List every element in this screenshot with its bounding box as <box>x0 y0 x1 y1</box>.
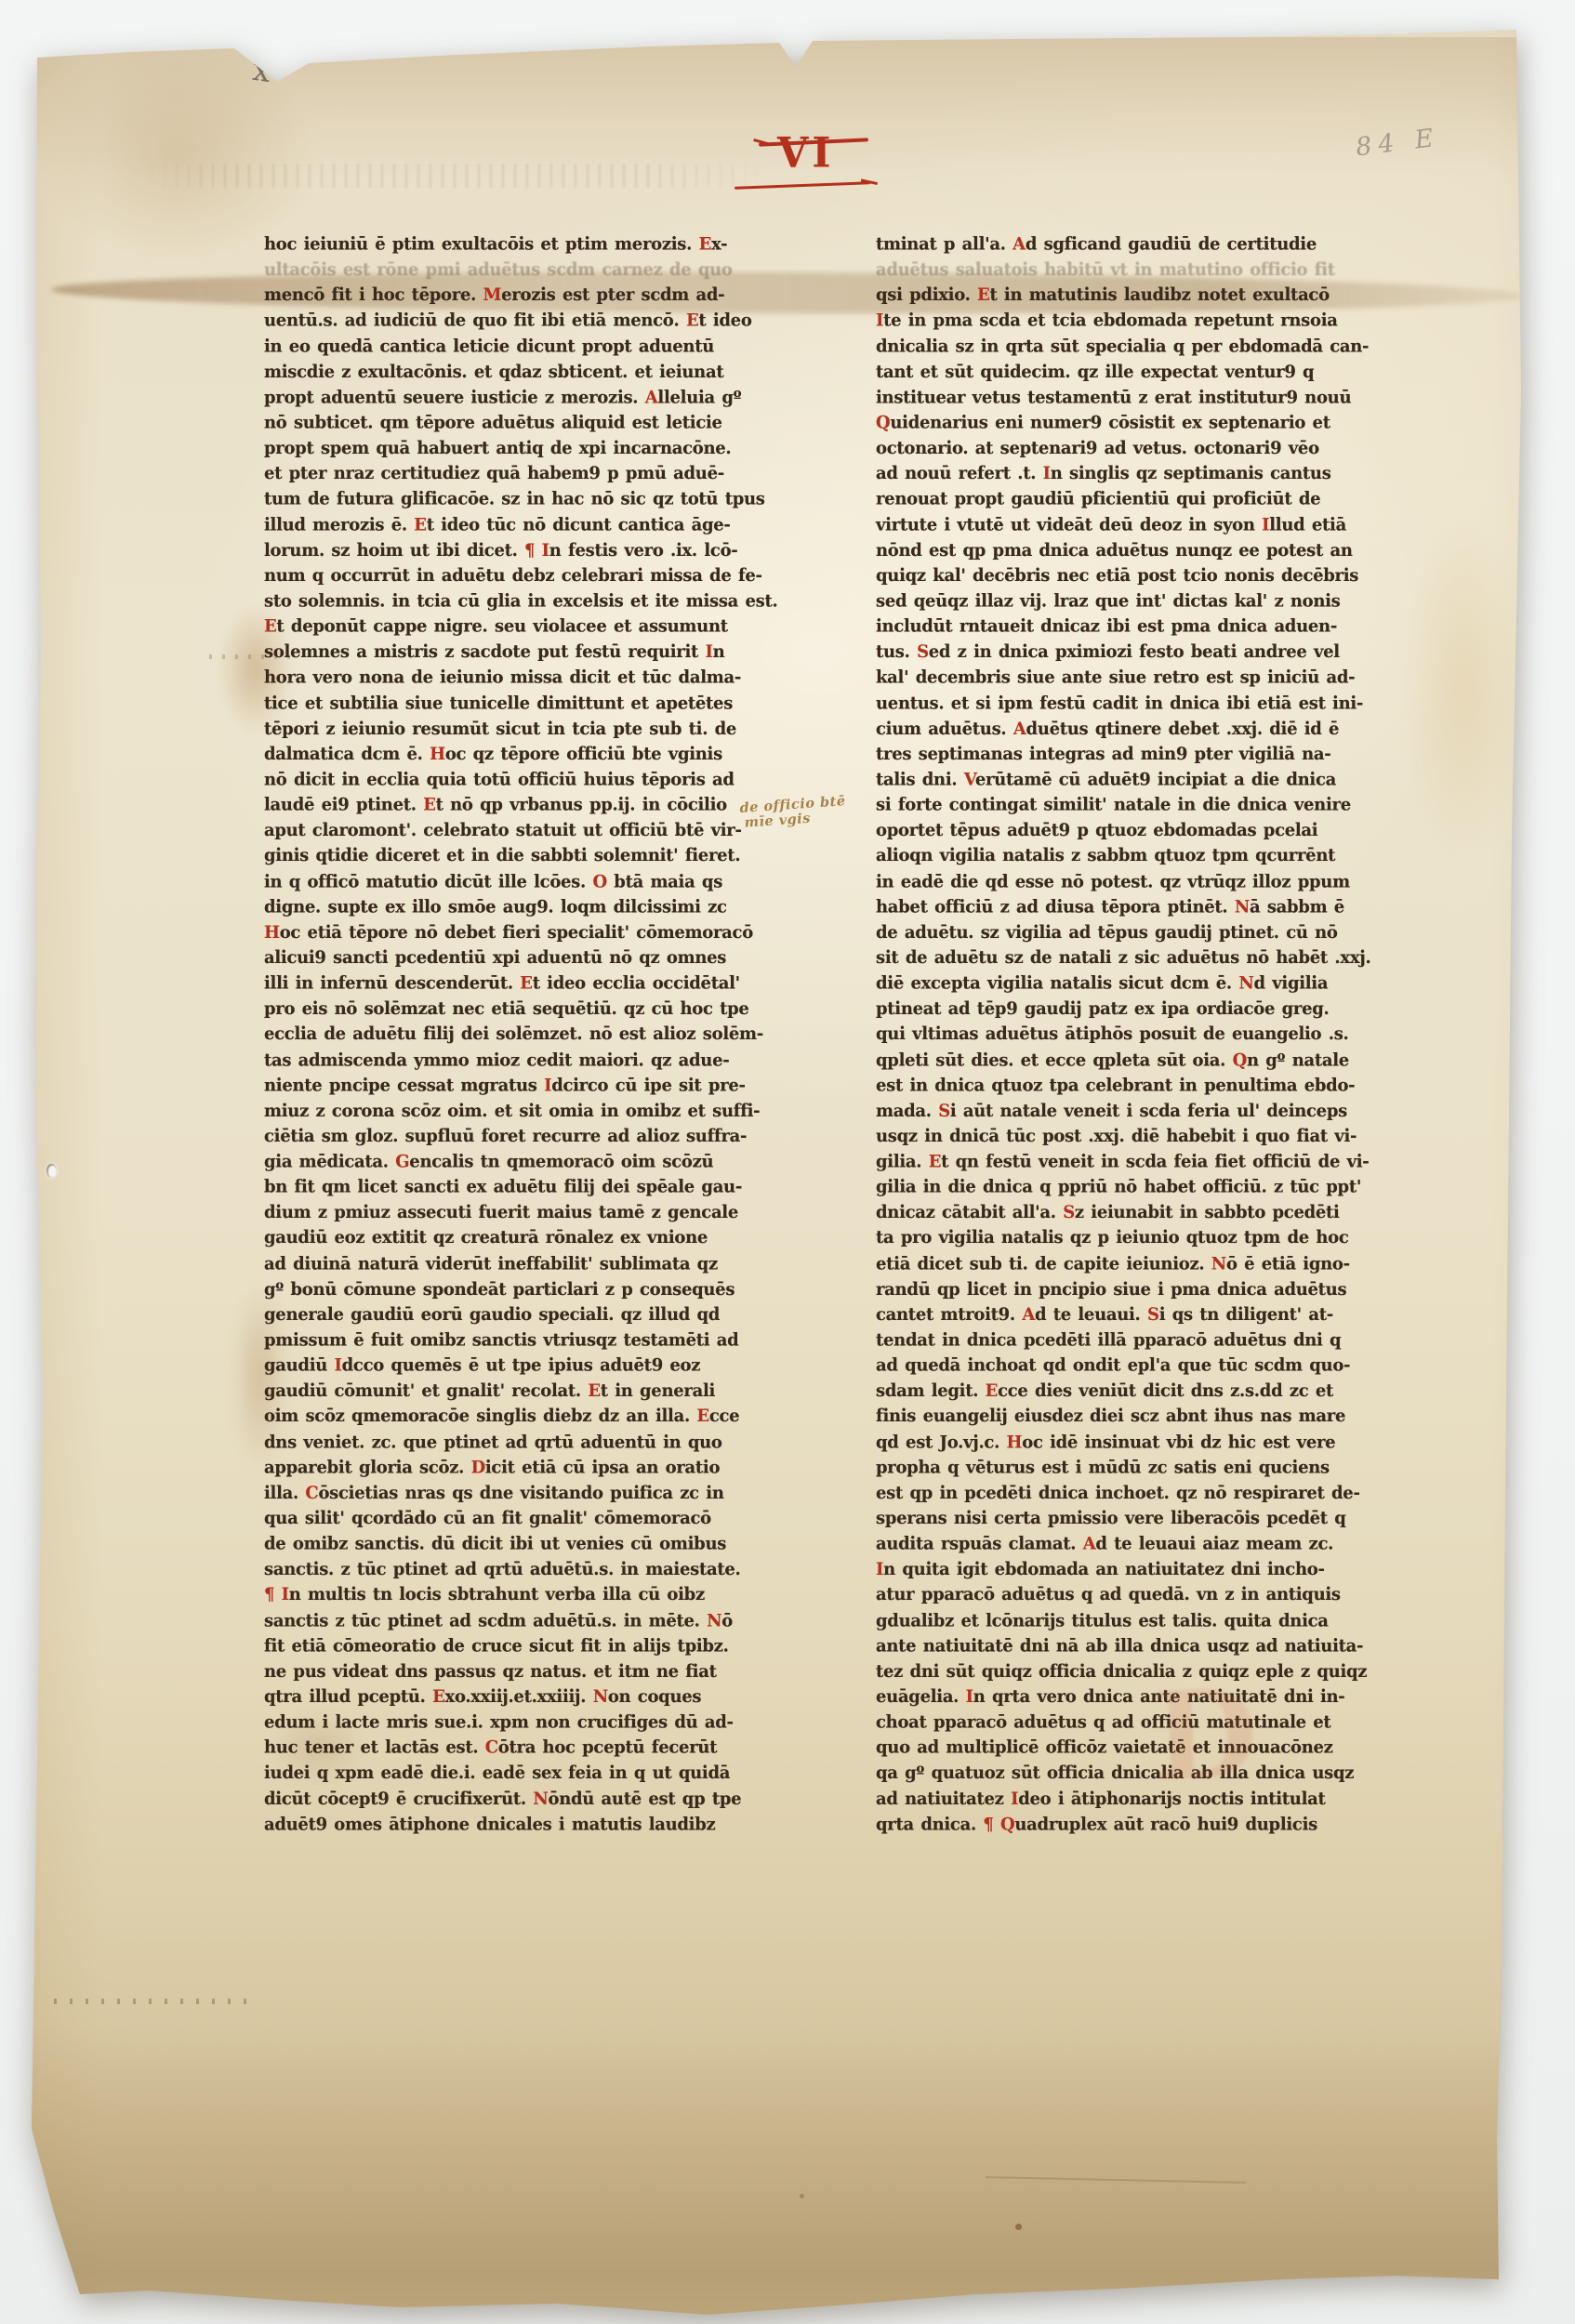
text-segment: d sgficand gaudiū de certitudie <box>1026 234 1317 254</box>
text-line: sanctis z tūc ptinet ad scdm aduētū.s. i… <box>264 1608 808 1633</box>
text-line: si forte contingat similit' natale in di… <box>876 793 1420 818</box>
text-segment: oim scōz qmemoracōe singlis diebz dz an … <box>264 1406 696 1426</box>
text-line: ad quedā inchoat qd ondit epl'a que tūc … <box>876 1353 1420 1379</box>
rubricated-initial: E <box>414 515 426 535</box>
text-line: qsi pdixio. Et in matutinis laudibz note… <box>876 283 1420 308</box>
text-segment: bn fit qm licet sancti ex aduētu filij d… <box>264 1178 742 1197</box>
text-segment: nō subticet. qm tēpore aduētus aliquid e… <box>264 413 722 432</box>
text-segment: ō <box>721 1611 733 1631</box>
text-line: tminat p all'a. Ad sgficand gaudiū de ce… <box>876 231 1420 257</box>
text-segment: t ideo tūc nō dicunt cantica āge- <box>427 515 731 535</box>
text-line: de aduētu. sz vigilia ad tēpus gaudij pt… <box>876 920 1420 945</box>
text-segment: quiqz kal' decēbris nec etiā post tcio n… <box>876 566 1358 586</box>
text-line: atur pparacō aduētus q ad quedā. vn z in… <box>876 1582 1420 1607</box>
text-line: mencō fit i hoc tēpore. Merozis est pter… <box>264 283 808 308</box>
text-segment: dcco quemēs ē ut tpe ipius aduēt9 eoz <box>342 1356 701 1376</box>
text-segment: ōndū autē est qp tpe <box>549 1789 742 1809</box>
text-segment: miuz z corona scōz oim. et sit omia in o… <box>264 1101 760 1120</box>
text-line: ante natiuitatē dni nā ab illa dnica usq… <box>876 1633 1420 1658</box>
text-segment: gaudiū eoz extitit qz creaturā rōnalez e… <box>264 1229 708 1248</box>
text-segment: ecclia de aduētu filij dei solēmzet. nō … <box>264 1024 763 1044</box>
text-line: cium aduētus. Aduētus qtinere debet .xxj… <box>876 716 1420 741</box>
rubricated-initial: Q <box>1233 1050 1247 1070</box>
text-line: dnicaz cātabit all'a. Sz ieiunabit in sa… <box>876 1200 1420 1225</box>
text-segment: n singlis qz septimanis cantus <box>1051 464 1331 483</box>
text-segment: ultacōis est rōne pmi aduētus scdm carne… <box>264 260 733 280</box>
text-line: instituear vetus testamentū z erat insti… <box>876 385 1420 410</box>
text-segment: est in dnica qtuoz tpa celebrant in penu… <box>876 1076 1355 1095</box>
rubricated-initial: I <box>1043 464 1051 483</box>
rubricated-initial: I <box>1011 1789 1018 1809</box>
pricking-holes-row <box>54 1999 249 2004</box>
text-line: solemnes a mistris z sacdote put festū r… <box>264 640 808 665</box>
text-segment: n quita igit ebdomada an natiuitatez dni… <box>883 1560 1325 1579</box>
rubricated-initial: C <box>305 1484 318 1503</box>
text-line: gilia in die dnica q ppriū nō habet offi… <box>876 1175 1420 1200</box>
text-segment: qpleti sūt dies. et ecce qpleta sūt oia. <box>876 1050 1233 1070</box>
text-segment: propt aduentū seuere iusticie z merozis. <box>264 388 645 407</box>
pencil-x-mark: x <box>250 51 273 90</box>
text-segment: alicui9 sancti pcedentiū xpi aduentū nō … <box>264 948 726 968</box>
text-line: qtra illud pceptū. Exo.xxiij.et.xxiiij. … <box>264 1684 808 1710</box>
text-line: dnicalia sz in qrta sūt specialia q per … <box>876 334 1420 359</box>
text-segment: aput claromont'. celebrato statuit ut of… <box>264 821 742 840</box>
rubricated-initial: I <box>544 1076 551 1095</box>
text-segment: pmissum ē fuit omibz sanctis vtriusqz te… <box>264 1330 738 1350</box>
text-segment: sed qeūqz illaz vij. lraz que int' dicta… <box>876 591 1340 611</box>
text-segment: ad diuinā naturā viderūt ineffabilit' su… <box>264 1254 718 1274</box>
text-line: ¶ In multis tn locis sbtrahunt verba ill… <box>264 1582 808 1607</box>
text-segment: on coques <box>608 1687 701 1707</box>
text-line: apparebit gloria scōz. Dicit etiā cū ips… <box>264 1455 808 1480</box>
text-line: nō subticet. qm tēpore aduētus aliquid e… <box>264 410 808 435</box>
text-segment: ad quedā inchoat qd ondit epl'a que tūc … <box>876 1356 1350 1376</box>
text-line: tēpori z ieiunio resumūt sicut in tcia p… <box>264 716 808 741</box>
rubricated-initial: ¶ Q <box>983 1815 1014 1834</box>
text-segment: d te leuaui aiaz meam zc. <box>1095 1534 1333 1553</box>
text-segment: i qs tn diligent' at- <box>1159 1305 1333 1325</box>
text-line: gaudiū Idcco quemēs ē ut tpe ipius aduēt… <box>264 1353 808 1379</box>
text-segment: lorum. sz hoim ut ibi dicet. <box>264 540 524 560</box>
text-segment: uentus. et si ipm festū cadit in dnica i… <box>876 693 1363 713</box>
text-segment: qtra illud pceptū. <box>264 1687 432 1707</box>
rubricated-initial: A <box>1012 234 1026 254</box>
text-segment: ante natiuitatē dni nā ab illa dnica usq… <box>876 1636 1363 1656</box>
text-line: tus. Sed z in dnica pximiozi festo beati… <box>876 640 1420 665</box>
text-segment: btā maia qs <box>607 872 722 891</box>
text-segment: aduēt9 omes ātiphone dnicales i matutis … <box>264 1815 715 1834</box>
text-segment: hoc ieiuniū ē ptim exultacōis et ptim me… <box>264 234 699 254</box>
text-segment: ta pro vigilia natalis qz p ieiunio qtuo… <box>876 1229 1349 1248</box>
text-line: propt spem quā habuert antiq de xpi inca… <box>264 436 808 461</box>
text-segment: sperans nisi certa pmissio vere liberacō… <box>876 1509 1346 1528</box>
text-segment: illa. <box>264 1484 305 1503</box>
rubricated-initial: Q <box>876 413 890 432</box>
text-line: aput claromont'. celebrato statuit ut of… <box>264 818 808 843</box>
rubricated-initial: C <box>485 1738 498 1758</box>
text-line: qa gº quatuoz sūt officia dnicalia ab il… <box>876 1761 1420 1786</box>
text-segment: qua silit' qcordādo cū an fit gnalit' cō… <box>264 1509 711 1528</box>
text-segment: hora vero nona de ieiunio missa dicit et… <box>264 667 741 687</box>
text-line: alicui9 sancti pcedentiū xpi aduentū nō … <box>264 945 808 971</box>
text-segment: n multis tn locis sbtrahunt verba illa c… <box>289 1585 705 1604</box>
scan-background: x VI 84 E hoc ieiuniū ē ptim exultacōis … <box>0 0 1575 2324</box>
text-segment: talis dni. <box>876 770 964 789</box>
text-segment: illud merozis ē. <box>264 515 414 535</box>
text-line: gilia. Et qn festū veneit in scda feia f… <box>876 1149 1420 1174</box>
text-line: niente pncipe cessat mgratus Idcirco cū … <box>264 1073 808 1098</box>
rubricated-initial: S <box>1063 1203 1075 1222</box>
rubricated-initial: E <box>423 796 435 815</box>
text-line: nōnd est qp pma dnica aduētus nunqz ee p… <box>876 537 1420 562</box>
text-segment: etiā dicet sub ti. de capite ieiunioz. <box>876 1254 1211 1274</box>
text-segment: cce <box>709 1406 739 1426</box>
rubricated-initial: A <box>1022 1305 1035 1325</box>
text-segment: finis euangelij eiusdez diei scz abnt ih… <box>876 1406 1345 1426</box>
text-segment: xo.xxiij.et.xxiiij. <box>445 1687 593 1707</box>
rubricated-initial: M <box>483 285 502 305</box>
text-segment: d vigilia <box>1254 973 1329 993</box>
text-line: tres septimanas integras ad min9 pter vi… <box>876 742 1420 767</box>
text-segment: generale gaudiū eorū gaudio speciali. qz… <box>264 1305 720 1325</box>
text-segment: t in generali <box>601 1381 715 1401</box>
text-segment: tant et sūt quidecim. qz ille expectat v… <box>876 363 1314 382</box>
text-line: miscdie z exultacōnis. et qdaz sbticent.… <box>264 360 808 385</box>
text-segment: t deponūt cappe nigre. seu violacee et a… <box>276 617 727 637</box>
rubricated-initial: E <box>686 311 698 331</box>
text-segment: miscdie z exultacōnis. et qdaz sbticent.… <box>264 363 723 382</box>
text-line: oportet tēpus aduēt9 p qtuoz ebdomadas p… <box>876 818 1420 843</box>
text-line: sed qeūqz illaz vij. lraz que int' dicta… <box>876 588 1420 614</box>
text-line: gaudiū eoz extitit qz creaturā rōnalez e… <box>264 1226 808 1251</box>
text-segment: oc etiā tēpore nō debet fieri specialit'… <box>280 923 753 943</box>
text-line: habet officiū z ad diusa tēpora ptinēt. … <box>876 894 1420 919</box>
text-segment: uadruplex aūt racō hui9 duplicis <box>1014 1815 1317 1834</box>
text-segment: n gº natale <box>1247 1050 1349 1070</box>
text-line: ecclia de aduētu filij dei solēmzet. nō … <box>264 1022 808 1047</box>
text-segment: apparebit gloria scōz. <box>264 1458 471 1477</box>
rubricated-initial: E <box>520 973 532 993</box>
manuscript-leaf: x VI 84 E hoc ieiuniū ē ptim exultacōis … <box>0 0 1575 2324</box>
text-segment: gilia. <box>876 1152 929 1171</box>
rubricated-initial: N <box>1211 1254 1226 1274</box>
text-line: aduēt9 omes ātiphone dnicales i matutis … <box>264 1812 808 1837</box>
text-segment: atur pparacō aduētus q ad quedā. vn z in… <box>876 1585 1341 1604</box>
text-line: laudē ei9 ptinet. Et nō qp vrbanus pp.ij… <box>264 793 808 818</box>
rubricated-initial: E <box>986 1381 998 1401</box>
text-line: tum de futura glificacōe. sz in hac nō s… <box>264 487 808 512</box>
text-line: miuz z corona scōz oim. et sit omia in o… <box>264 1098 808 1123</box>
text-column-right: tminat p all'a. Ad sgficand gaudiū de ce… <box>876 231 1420 1837</box>
text-segment: erozis est pter scdm ad- <box>501 285 724 305</box>
text-segment: tēpori z ieiunio resumūt sicut in tcia p… <box>264 719 736 738</box>
text-line: octonario. at septenari9 ad vetus. octon… <box>876 436 1420 461</box>
text-line: ptineat ad tēp9 gaudij patz ex ipa ordia… <box>876 997 1420 1022</box>
text-line: ciētia sm gloz. supfluū foret recurre ad… <box>264 1124 808 1149</box>
text-segment: gº bonū cōmune spondeāt particlari z p c… <box>264 1279 735 1299</box>
text-line: ta pro vigilia natalis qz p ieiunio qtuo… <box>876 1226 1420 1251</box>
text-line: cantet mtroit9. Ad te leuaui. Si qs tn d… <box>876 1302 1420 1327</box>
text-segment: dcirco cū ipe sit pre- <box>551 1076 746 1095</box>
rubricated-initial: N <box>1235 897 1250 917</box>
text-line: qpleti sūt dies. et ecce qpleta sūt oia.… <box>876 1048 1420 1073</box>
text-line: edum i lacte mris sue.i. xpm non crucifi… <box>264 1710 808 1735</box>
text-segment: laudē ei9 ptinet. <box>264 796 423 815</box>
text-segment: sanctis. z tūc ptinet ad qrtū aduētū.s. … <box>264 1560 740 1579</box>
rubricated-initial: ¶ I <box>264 1585 289 1604</box>
text-segment: lleluia gº <box>657 388 741 407</box>
text-segment: t nō qp vrbanus pp.ij. in cōcilio <box>436 796 727 815</box>
text-segment: dalmatica dcm ē. <box>264 745 430 764</box>
text-segment: tus. <box>876 642 917 662</box>
text-line: et pter nraz certitudiez quā habem9 p pm… <box>264 461 808 486</box>
text-segment: renouat propt gaudiū pficientiū qui prof… <box>876 490 1320 509</box>
text-segment: dnicaz cātabit all'a. <box>876 1203 1063 1222</box>
text-segment: n <box>713 642 725 662</box>
text-segment: ad nouū refert .t. <box>876 464 1043 483</box>
text-segment: euāgelia. <box>876 1687 966 1707</box>
rubricated-initial: I <box>705 642 712 662</box>
text-line: choat pparacō aduētus q ad officiū matut… <box>876 1710 1420 1735</box>
text-segment: usqz in dnicā tūc post .xxj. diē habebit… <box>876 1127 1357 1146</box>
text-segment: fit etiā cōmeoratio de cruce sicut fit i… <box>264 1636 729 1656</box>
text-segment: ad natiuitatez <box>876 1789 1011 1809</box>
text-line: aduētus saluatois habitū vt in matutino … <box>876 257 1420 283</box>
text-segment: et pter nraz certitudiez quā habem9 p pm… <box>264 464 724 483</box>
rubricated-initial: D <box>471 1458 485 1477</box>
text-segment: includūt rntaueit dnicaz ibi est pma dni… <box>876 617 1337 637</box>
rubric-flourish-bottom <box>735 181 870 190</box>
text-segment: llud etiā <box>1269 515 1346 535</box>
text-segment: ne pus videat dns passus qz natus. et it… <box>264 1662 717 1682</box>
text-segment: qui vltimas aduētus ātiphōs posuit de eu… <box>876 1024 1349 1044</box>
text-line: tendat in dnica pcedēti illā pparacō adu… <box>876 1327 1420 1353</box>
text-segment: in eo quedā cantica leticie dicunt propt… <box>264 337 714 356</box>
text-line: in q officō matutio dicūt ille lcōes. O … <box>264 869 808 894</box>
text-segment: uentū.s. ad iudiciū de quo fit ibi etiā … <box>264 311 686 331</box>
text-segment: num q occurrūt in aduētu debz celebrari … <box>264 566 762 586</box>
rubricated-initial: E <box>696 1406 708 1426</box>
text-segment: virtute i vtutē ut videāt deū deoz in sy… <box>876 515 1262 535</box>
text-segment: ed z in dnica pximiozi festo beati andre… <box>929 642 1340 662</box>
text-segment: t ideo <box>698 311 751 331</box>
text-line: audita rspuās clamat. Ad te leuaui aiaz … <box>876 1531 1420 1556</box>
text-line: sit de aduētu sz de natali z sic aduētus… <box>876 945 1420 971</box>
text-segment: mencō fit i hoc tēpore. <box>264 285 483 305</box>
text-segment: t in matutinis laudibz notet exultacō <box>989 285 1329 305</box>
text-segment: in q officō matutio dicūt ille lcōes. <box>264 872 592 891</box>
text-segment: propt spem quā habuert antiq de xpi inca… <box>264 439 731 458</box>
text-segment: ciētia sm gloz. supfluū foret recurre ad… <box>264 1127 747 1146</box>
text-segment: gia mēdicata. <box>264 1152 395 1171</box>
text-line: tice et subtilia siue tunicelle dimittun… <box>264 691 808 716</box>
rubricated-initial: E <box>588 1381 600 1401</box>
rubricated-initial: ¶ I <box>524 540 549 560</box>
text-segment: ginis qtidie diceret et in die sabbti so… <box>264 846 740 865</box>
text-line: Et deponūt cappe nigre. seu violacee et … <box>264 614 808 640</box>
text-line: quiqz kal' decēbris nec etiā post tcio n… <box>876 563 1420 588</box>
text-line: sto solemnis. in tcia cū glia in excelsi… <box>264 588 808 614</box>
text-segment: dnicalia sz in qrta sūt specialia q per … <box>876 337 1369 356</box>
text-line: in eo quedā cantica leticie dicunt propt… <box>264 334 808 359</box>
rubricated-initial: V <box>964 770 975 789</box>
text-segment: z ieiunabit in sabbto pcedēti <box>1075 1203 1340 1222</box>
text-line: de omibz sanctis. dū dicit ibi ut venies… <box>264 1531 808 1556</box>
text-line: tez dni sūt quiqz officia dnicalia z qui… <box>876 1659 1420 1684</box>
rubricated-initial: N <box>707 1611 721 1631</box>
text-segment: octonario. at septenari9 ad vetus. octon… <box>876 439 1319 458</box>
text-segment: edum i lacte mris sue.i. xpm non crucifi… <box>264 1712 734 1732</box>
text-line: euāgelia. In qrta vero dnica ante natiui… <box>876 1684 1420 1710</box>
text-segment: dicūt cōcept9 ē crucifixerūt. <box>264 1789 533 1809</box>
text-segment: gilia in die dnica q ppriū nō habet offi… <box>876 1178 1361 1197</box>
text-line: uentū.s. ad iudiciū de quo fit ibi etiā … <box>264 309 808 334</box>
text-segment: erūtamē cū aduēt9 incipiat a die dnica <box>975 770 1336 789</box>
text-segment: nōnd est qp pma dnica aduētus nunqz ee p… <box>876 540 1353 560</box>
text-line: alioqn vigilia natalis z sabbm qtuoz tpm… <box>876 843 1420 868</box>
text-segment: ōscietias nras qs dne visitando puifica … <box>318 1484 723 1503</box>
text-segment: tminat p all'a. <box>876 234 1012 254</box>
text-segment: sit de aduētu sz de natali z sic aduētus… <box>876 948 1370 968</box>
text-column-left: hoc ieiuniū ē ptim exultacōis et ptim me… <box>264 231 808 1837</box>
text-segment: ōtra hoc pceptū fecerūt <box>498 1738 717 1758</box>
text-segment: diē excepta vigilia natalis sicut dcm ē. <box>876 973 1238 993</box>
text-segment: gaudiū cōmunit' et gnalit' recolat. <box>264 1381 588 1401</box>
text-line: sanctis. z tūc ptinet ad qrtū aduētū.s. … <box>264 1557 808 1582</box>
text-segment: tice et subtilia siue tunicelle dimittun… <box>264 693 733 713</box>
text-line: talis dni. Verūtamē cū aduēt9 incipiat a… <box>876 767 1420 792</box>
text-segment: qrta dnica. <box>876 1815 983 1834</box>
text-segment: choat pparacō aduētus q ad officiū matut… <box>876 1712 1330 1732</box>
rubricated-initial: S <box>1147 1305 1159 1325</box>
show-through-initial: D <box>1150 1662 1260 1808</box>
text-line: In quita igit ebdomada an natiuitatez dn… <box>876 1557 1420 1582</box>
folio-number: VI <box>777 129 834 178</box>
rubricated-initial: G <box>395 1152 409 1171</box>
leaf-shadow-wrapper: x VI 84 E hoc ieiuniū ē ptim exultacōis … <box>0 0 1575 2324</box>
text-segment: duētus qtinere debet .xxj. diē id ē <box>1026 719 1340 738</box>
text-segment: alioqn vigilia natalis z sabbm qtuoz tpm… <box>876 846 1335 865</box>
text-line: ad nouū refert .t. In singlis qz septima… <box>876 461 1420 486</box>
text-segment: n festis vero .ix. lcō- <box>549 540 738 560</box>
text-segment: ā sabbm ē <box>1250 897 1344 917</box>
text-line: iudei q xpm eadē die.i. eadē sex feia in… <box>264 1761 808 1786</box>
rubricated-initial: I <box>876 311 883 331</box>
rubricated-initial: I <box>876 1560 883 1579</box>
rubricated-initial: A <box>1083 1534 1096 1553</box>
text-line: Hoc etiā tēpore nō debet fieri specialit… <box>264 920 808 945</box>
text-segment: illi in infernū descenderūt. <box>264 973 520 993</box>
text-line: illa. Cōscietias nras qs dne visitando p… <box>264 1481 808 1506</box>
text-line: randū qp licet in pncipio siue i pma dni… <box>876 1276 1420 1301</box>
text-segment: est qp in pcedēti dnica inchoet. qz nō r… <box>876 1484 1360 1503</box>
text-line: virtute i vtutē ut videāt deū deoz in sy… <box>876 512 1420 537</box>
text-line: includūt rntaueit dnicaz ibi est pma dni… <box>876 614 1420 640</box>
text-segment: oportet tēpus aduēt9 p qtuoz ebdomadas p… <box>876 821 1317 840</box>
text-line: propha q vēturus est i mūdū zc satis eni… <box>876 1455 1420 1480</box>
text-segment: oc qz tēpore officiū bte vginis <box>445 745 722 764</box>
text-segment: randū qp licet in pncipio siue i pma dni… <box>876 1279 1346 1299</box>
rubricated-initial: N <box>593 1687 608 1707</box>
text-line: renouat propt gaudiū pficientiū qui prof… <box>876 487 1420 512</box>
edge-stain <box>1404 521 1525 855</box>
rubricated-initial: N <box>533 1789 548 1809</box>
text-line: dalmatica dcm ē. Hoc qz tēpore officiū b… <box>264 742 808 767</box>
text-line: gdualibz et lcōnarijs titulus est talis.… <box>876 1608 1420 1633</box>
text-line: qd est Jo.vj.c. Hoc idē insinuat vbi dz … <box>876 1430 1420 1455</box>
text-line: oim scōz qmemoracōe singlis diebz dz an … <box>264 1404 808 1429</box>
text-line: hoc ieiuniū ē ptim exultacōis et ptim me… <box>264 231 808 257</box>
text-line: sperans nisi certa pmissio vere liberacō… <box>876 1506 1420 1531</box>
text-segment: qd est Jo.vj.c. <box>876 1433 1007 1452</box>
text-segment: instituear vetus testamentū z erat insti… <box>876 388 1351 407</box>
text-segment: gaudiū <box>264 1356 335 1376</box>
text-line: bn fit qm licet sancti ex aduētu filij d… <box>264 1175 808 1200</box>
text-line: diē excepta vigilia natalis sicut dcm ē.… <box>876 971 1420 996</box>
text-line: dicūt cōcept9 ē crucifixerūt. Nōndū autē… <box>264 1787 808 1812</box>
rubricated-initial: A <box>1013 719 1026 738</box>
text-line: illud merozis ē. Et ideo tūc nō dicunt c… <box>264 512 808 537</box>
ink-speck <box>800 2194 804 2199</box>
text-line: usqz in dnicā tūc post .xxj. diē habebit… <box>876 1124 1420 1149</box>
text-line: generale gaudiū eorū gaudio speciali. qz… <box>264 1302 808 1327</box>
text-line: num q occurrūt in aduētu debz celebrari … <box>264 563 808 588</box>
ink-speck <box>1015 2224 1022 2230</box>
text-line: dium z pmiuz assecuti fuerit maius tamē … <box>264 1200 808 1225</box>
text-line: Quidenarius eni numer9 cōsistit ex septe… <box>876 410 1420 435</box>
text-segment: cium aduētus. <box>876 719 1013 738</box>
text-segment: tendat in dnica pcedēti illā pparacō adu… <box>876 1330 1341 1350</box>
rubricated-initial: E <box>264 617 276 637</box>
rubricated-initial: H <box>1007 1433 1023 1452</box>
rubricated-initial: A <box>645 388 658 407</box>
text-segment: oc idē insinuat vbi dz hic est vere <box>1022 1433 1335 1452</box>
text-segment: te in pma scda et tcia ebdomada repetunt… <box>883 311 1337 331</box>
rubricated-initial: I <box>966 1687 973 1707</box>
text-segment: solemnes a mistris z sacdote put festū r… <box>264 642 705 662</box>
text-line: ne pus videat dns passus qz natus. et it… <box>264 1659 808 1684</box>
text-line: tant et sūt quidecim. qz ille expectat v… <box>876 360 1420 385</box>
text-line: est qp in pcedēti dnica inchoet. qz nō r… <box>876 1481 1420 1506</box>
marginal-annotation: de officio btē mīe vgis <box>739 794 847 831</box>
text-line: propt aduentū seuere iusticie z merozis.… <box>264 385 808 410</box>
text-segment: ō ē etiā igno- <box>1226 1254 1350 1274</box>
text-segment: de aduētu. sz vigilia ad tēpus gaudij pt… <box>876 923 1338 943</box>
rubricated-initial: O <box>592 872 606 891</box>
text-segment: in eadē die qd esse nō potest. qz vtrūqz… <box>876 872 1350 891</box>
text-segment: qa gº quatuoz sūt officia dnicalia ab il… <box>876 1763 1354 1783</box>
text-segment: qsi pdixio. <box>876 285 977 305</box>
parchment-hole <box>46 1164 57 1178</box>
text-segment: sto solemnis. in tcia cū glia in excelsi… <box>264 591 777 611</box>
text-line: fit etiā cōmeoratio de cruce sicut fit i… <box>264 1633 808 1658</box>
text-line: est in dnica qtuoz tpa celebrant in penu… <box>876 1073 1420 1098</box>
bottom-edge-toning <box>28 2027 1506 2324</box>
text-segment: i aūt natale veneit i scda feria ul' dei… <box>950 1101 1347 1120</box>
text-segment: x- <box>711 234 727 254</box>
text-segment: sanctis z tūc ptinet ad scdm aduētū.s. i… <box>264 1611 707 1631</box>
text-segment: digne. supte ex illo smōe aug9. loqm dil… <box>264 897 727 917</box>
text-line: qui vltimas aduētus ātiphōs posuit de eu… <box>876 1022 1420 1047</box>
text-line: in eadē die qd esse nō potest. qz vtrūqz… <box>876 869 1420 894</box>
text-line: Ite in pma scda et tcia ebdomada repetun… <box>876 309 1420 334</box>
rubricated-initial: S <box>917 642 929 662</box>
text-segment: cantet mtroit9. <box>876 1305 1022 1325</box>
rubricated-initial: H <box>430 745 445 764</box>
text-line: ultacōis est rōne pmi aduētus scdm carne… <box>264 257 808 283</box>
text-segment: dium z pmiuz assecuti fuerit maius tamē … <box>264 1203 738 1222</box>
text-line: qua silit' qcordādo cū an fit gnalit' cō… <box>264 1506 808 1531</box>
